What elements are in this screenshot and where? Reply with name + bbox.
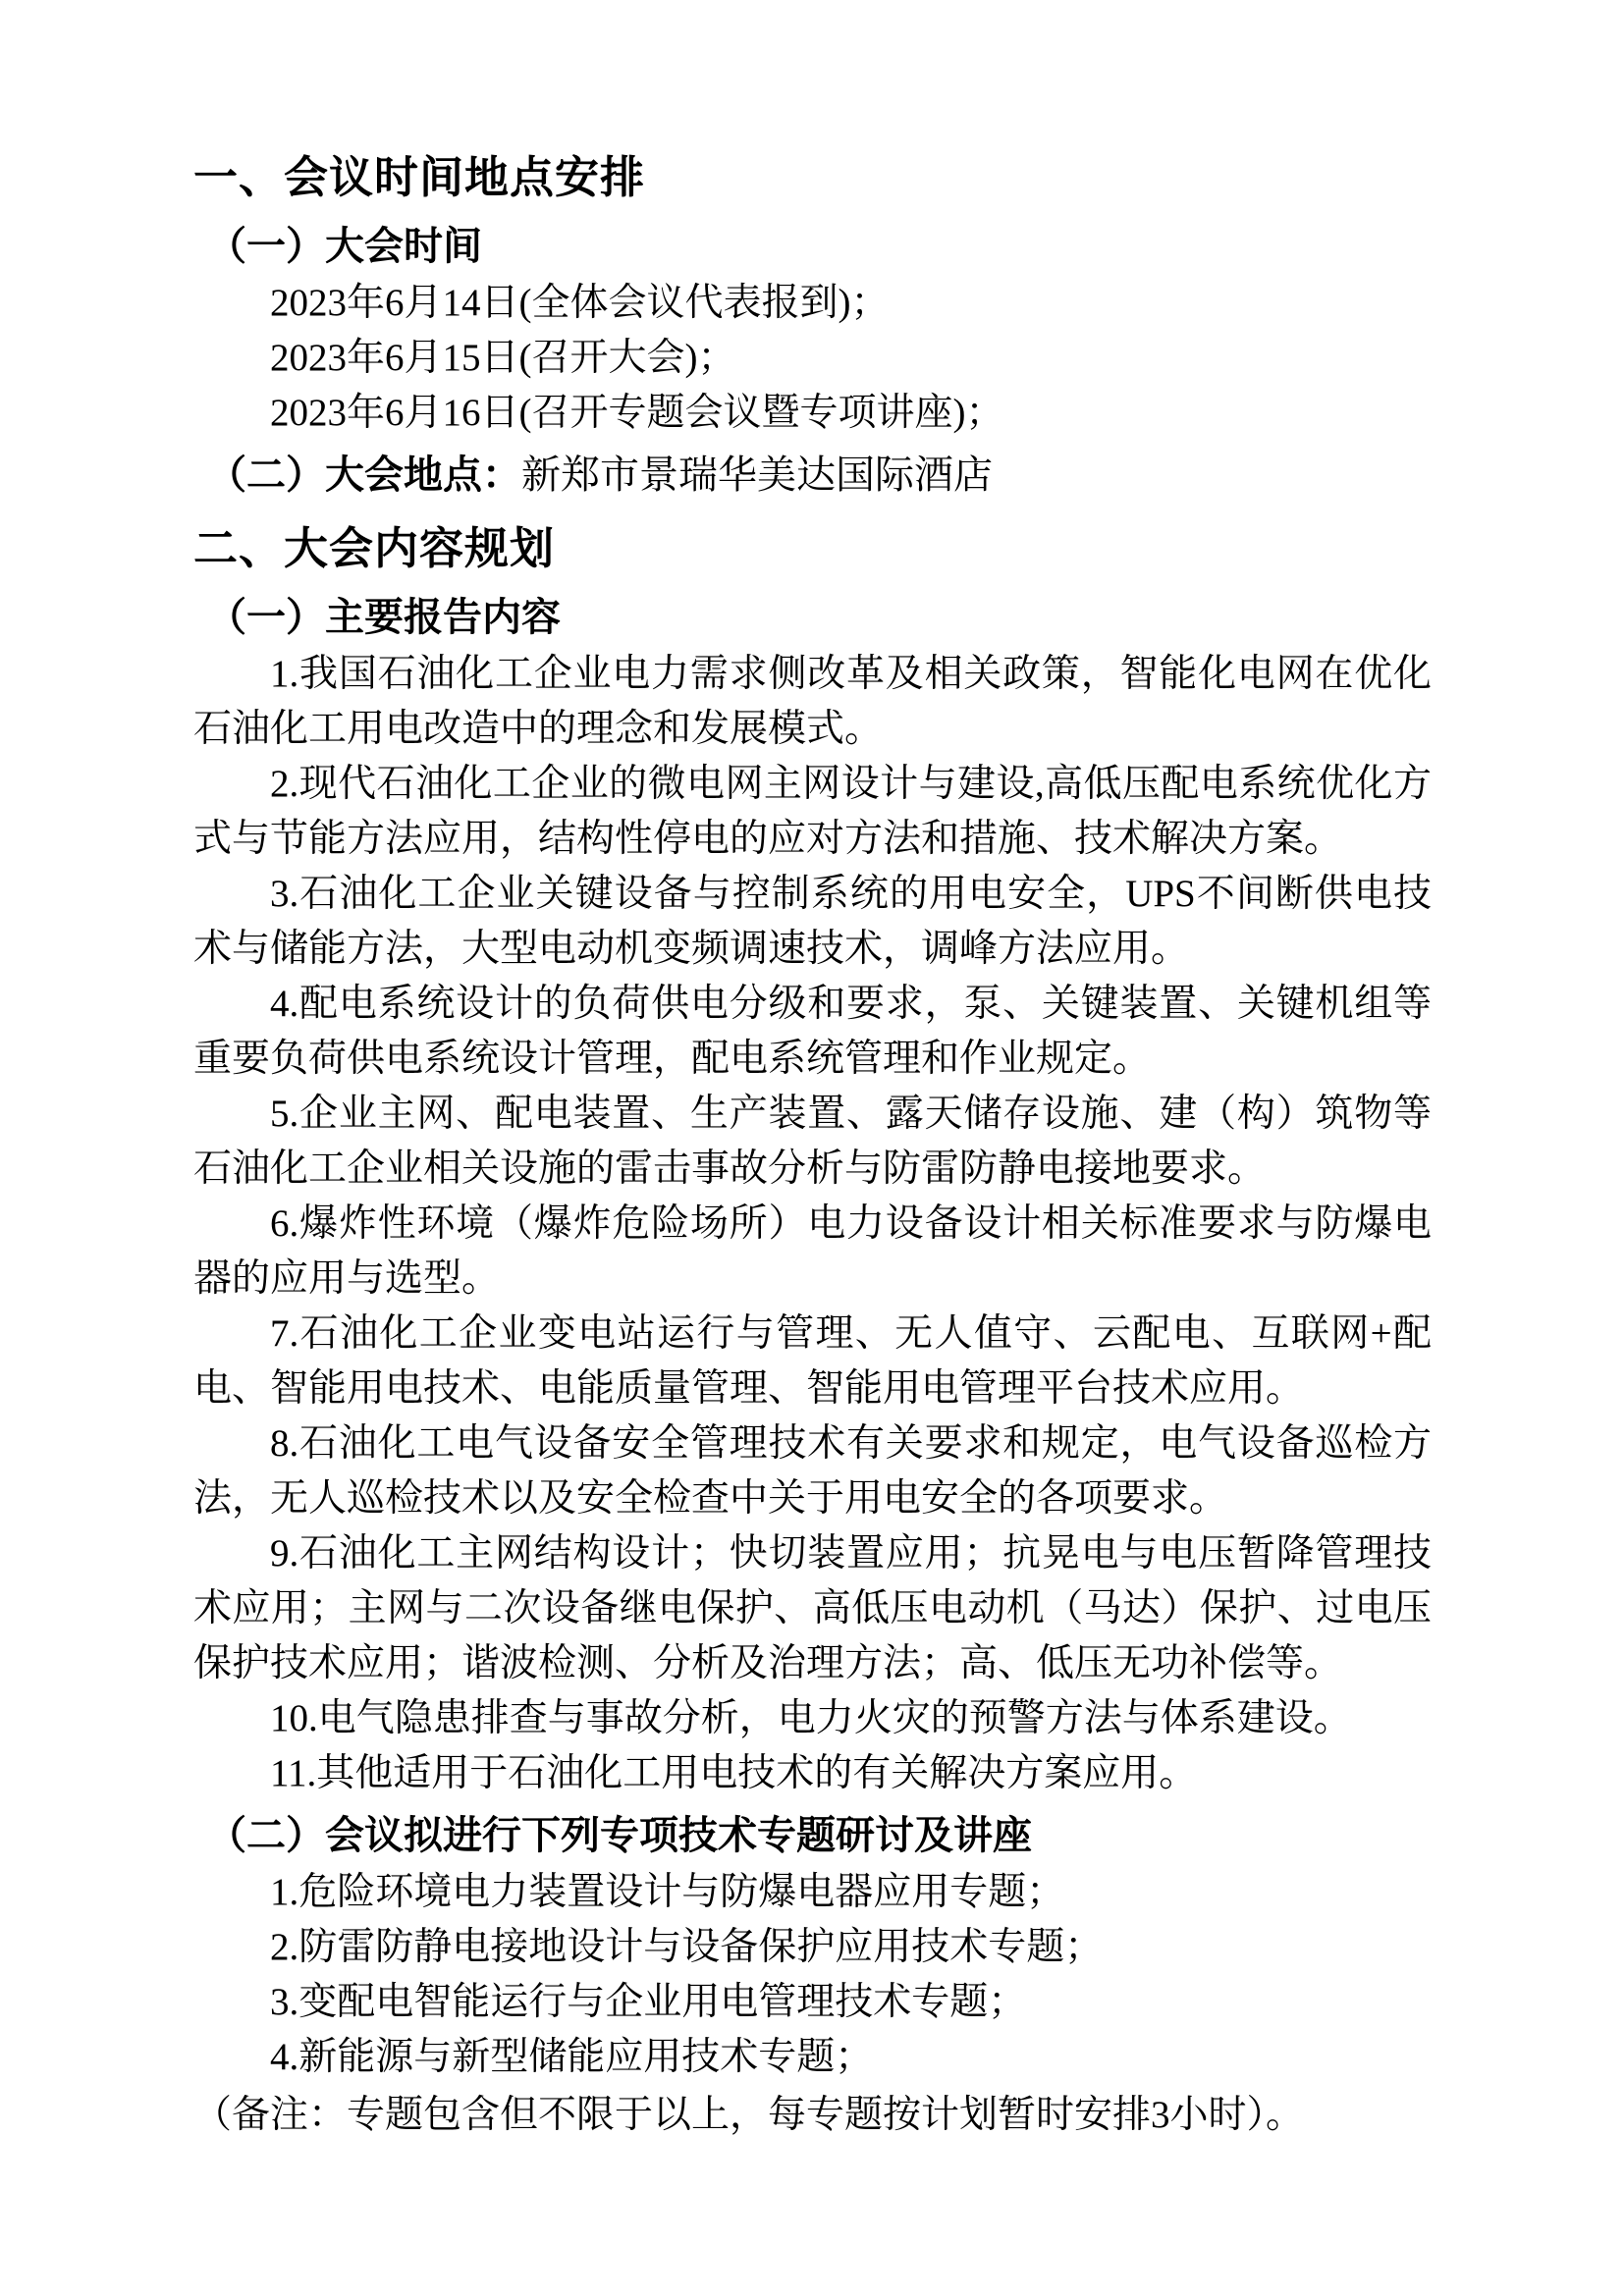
remark-line: （备注：专题包含但不限于以上，每专题按计划暂时安排3小时）。	[193, 2088, 1432, 2143]
seminar-item-4: 4.新能源与新型储能应用技术专题；	[193, 2030, 1432, 2085]
subsection-2-1-heading: （一）主要报告内容	[207, 589, 1432, 645]
date-line-2: 2023年6月15日(召开大会)；	[193, 331, 1432, 386]
subsection-1-1-heading: （一）大会时间	[207, 218, 1432, 274]
date-line-3: 2023年6月16日(召开专题会议暨专项讲座)；	[193, 386, 1432, 441]
seminar-item-3: 3.变配电智能运行与企业用电管理技术专题；	[193, 1975, 1432, 2030]
report-item-6: 6.爆炸性环境（爆炸危险场所）电力设备设计相关标准要求与防爆电器的应用与选型。	[193, 1197, 1432, 1307]
section-2-heading: 二、大会内容规划	[193, 520, 1432, 577]
report-item-9: 9.石油化工主网结构设计；快切装置应用；抗晃电与电压暂降管理技术应用；主网与二次…	[193, 1526, 1432, 1691]
report-item-3: 3.石油化工企业关键设备与控制系统的用电安全，UPS不间断供电技术与储能方法，大…	[193, 867, 1432, 977]
date-line-1: 2023年6月14日(全体会议代表报到)；	[193, 276, 1432, 331]
document-page: 一、会议时间地点安排（一）大会时间2023年6月14日(全体会议代表报到)；20…	[0, 0, 1624, 2296]
report-item-10: 10.电气隐患排查与事故分析，电力火灾的预警方法与体系建设。	[193, 1691, 1432, 1746]
subsection-2-2-heading: （二）会议拟进行下列专项技术专题研讨及讲座	[207, 1807, 1432, 1863]
report-item-7: 7.石油化工企业变电站运行与管理、无人值守、云配电、互联网+配电、智能用电技术、…	[193, 1307, 1432, 1416]
subsection-1-2-heading-label: （二）大会地点：	[207, 453, 521, 497]
seminar-item-1: 1.危险环境电力装置设计与防爆电器应用专题；	[193, 1865, 1432, 1920]
report-item-11: 11.其他适用于石油化工用电技术的有关解决方案应用。	[193, 1746, 1432, 1801]
section-1-heading: 一、会议时间地点安排	[193, 149, 1432, 206]
report-item-4: 4.配电系统设计的负荷供电分级和要求，泵、关键装置、关键机组等重要负荷供电系统设…	[193, 977, 1432, 1087]
report-item-1: 1.我国石油化工企业电力需求侧改革及相关政策，智能化电网在优化石油化工用电改造中…	[193, 647, 1432, 757]
seminar-item-2: 2.防雷防静电接地设计与设备保护应用技术专题；	[193, 1920, 1432, 1975]
subsection-1-2-heading: （二）大会地点：新郑市景瑞华美达国际酒店	[207, 447, 1432, 503]
report-item-5: 5.企业主网、配电装置、生产装置、露天储存设施、建（构）筑物等石油化工企业相关设…	[193, 1087, 1432, 1197]
report-item-8: 8.石油化工电气设备安全管理技术有关要求和规定，电气设备巡检方法，无人巡检技术以…	[193, 1416, 1432, 1526]
subsection-1-2-heading-value: 新郑市景瑞华美达国际酒店	[521, 453, 993, 497]
report-item-2: 2.现代石油化工企业的微电网主网设计与建设,高低压配电系统优化方式与节能方法应用…	[193, 757, 1432, 867]
